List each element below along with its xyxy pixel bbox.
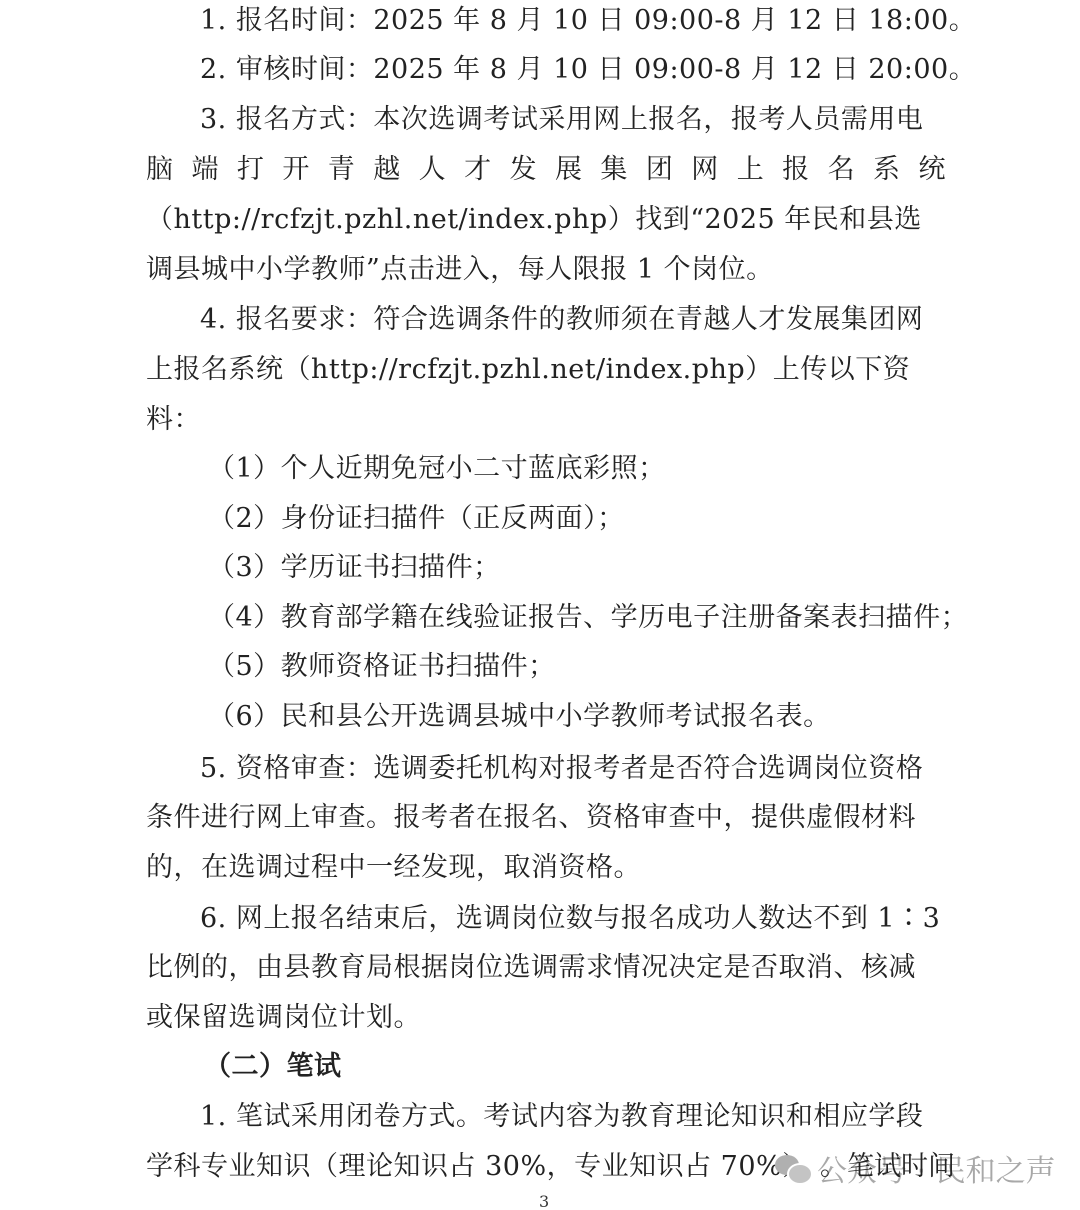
paragraph-registration-method-line2: 脑 端 打 开 青 越 人 才 发 展 集 团 网 上 报 名 系 统	[146, 153, 946, 187]
paragraph-registration-method-line4: 调县城中小学教师”点击进入，每人限报 1 个岗位。	[146, 253, 946, 287]
page-number: 3	[539, 1194, 549, 1210]
paragraph-written-exam-line1: 1. 笔试采用闭卷方式。考试内容为教育理论知识和相应学段	[200, 1100, 946, 1134]
list-item: （2）身份证扫描件（正反两面）；	[208, 502, 1008, 536]
list-item: （1）个人近期免冠小二寸蓝底彩照；	[208, 452, 1008, 486]
paragraph-post-registration-line3: 或保留选调岗位计划。	[146, 1001, 946, 1035]
list-item: （6）民和县公开选调县城中小学教师考试报名表。	[208, 700, 1008, 734]
document-page: 1. 报名时间：2025 年 8 月 10 日 09:00-8 月 12 日 1…	[0, 0, 1080, 1210]
list-item: （5）教师资格证书扫描件；	[208, 650, 1008, 684]
paragraph-written-exam-line2-tail: 。笔试时间	[820, 1150, 955, 1184]
paragraph-qualification-review-line3: 的，在选调过程中一经发现，取消资格。	[146, 851, 946, 885]
paragraph-registration-requirements-line1: 4. 报名要求：符合选调条件的教师须在青越人才发展集团网	[200, 303, 946, 337]
section-heading-written-exam: （二）笔试	[204, 1050, 1004, 1084]
paragraph-registration-requirements-line3: 料：	[146, 403, 946, 437]
paragraph-qualification-review-line1: 5. 资格审查：选调委托机构对报考者是否符合选调岗位资格	[200, 752, 946, 786]
wechat-icon	[775, 1153, 811, 1183]
paragraph-qualification-review-line2: 条件进行网上审查。报考者在报名、资格审查中，提供虚假材料	[146, 801, 946, 835]
paragraph-registration-time: 1. 报名时间：2025 年 8 月 10 日 09:00-8 月 12 日 1…	[200, 4, 946, 38]
list-item: （4）教育部学籍在线验证报告、学历电子注册备案表扫描件；	[208, 601, 1008, 635]
paragraph-post-registration-line1: 6. 网上报名结束后，选调岗位数与报名成功人数达不到 1∶3	[200, 902, 946, 936]
paragraph-registration-method-line1: 3. 报名方式：本次选调考试采用网上报名，报考人员需用电	[200, 103, 946, 137]
paragraph-registration-method-line3: （http://rcfzjt.pzhl.net/index.php）找到“202…	[146, 203, 946, 237]
paragraph-review-time: 2. 审核时间：2025 年 8 月 10 日 09:00-8 月 12 日 2…	[200, 53, 946, 87]
paragraph-registration-requirements-line2: 上报名系统（http://rcfzjt.pzhl.net/index.php）上…	[146, 353, 946, 387]
paragraph-post-registration-line2: 比例的，由县教育局根据岗位选调需求情况决定是否取消、核减	[146, 951, 946, 985]
list-item: （3）学历证书扫描件；	[208, 551, 1008, 585]
